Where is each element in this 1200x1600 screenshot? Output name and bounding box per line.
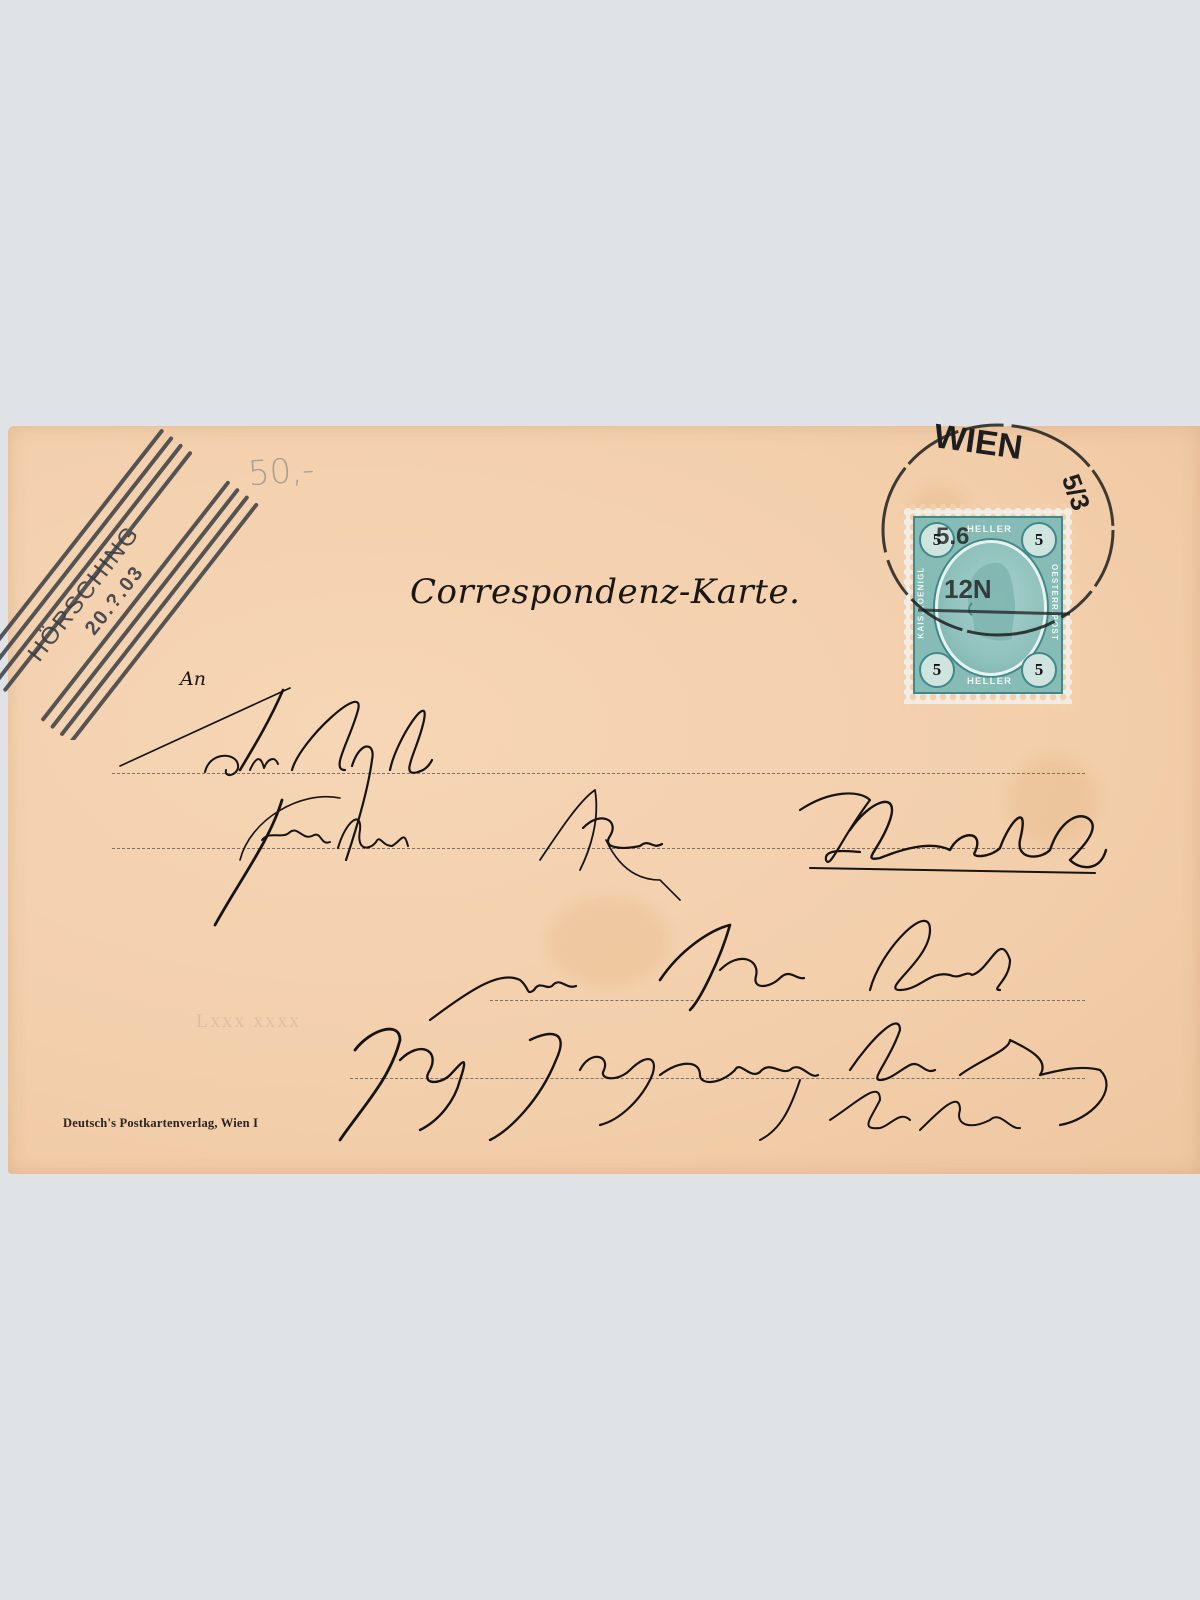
paper-stain <box>548 896 668 986</box>
horsching-postmark: HÖRSCHING 20.?.03 <box>0 0 300 740</box>
stamp-unit-bottom: HELLER <box>967 676 1012 687</box>
paper-stain <box>1008 756 1098 846</box>
wien-date-text: 5.6 <box>936 523 969 550</box>
address-line-2 <box>112 848 1085 849</box>
wien-suffix-text: 5/3 <box>1056 470 1097 514</box>
wien-time-text: 12N <box>944 574 992 604</box>
wien-postmark: WIEN 5/3 5.6 12N <box>870 410 1150 660</box>
address-line-1 <box>112 773 1085 774</box>
card-heading: Correspondenz-Karte. <box>410 572 800 612</box>
address-line-3 <box>490 1000 1085 1001</box>
address-line-4 <box>350 1078 1085 1079</box>
address-prefix: An <box>180 668 206 690</box>
bleedthrough-text: Lxxx xxxx <box>196 1010 301 1033</box>
wien-place-text: WIEN <box>932 417 1025 467</box>
publisher-imprint: Deutsch's Postkartenverlag, Wien I <box>63 1116 258 1131</box>
